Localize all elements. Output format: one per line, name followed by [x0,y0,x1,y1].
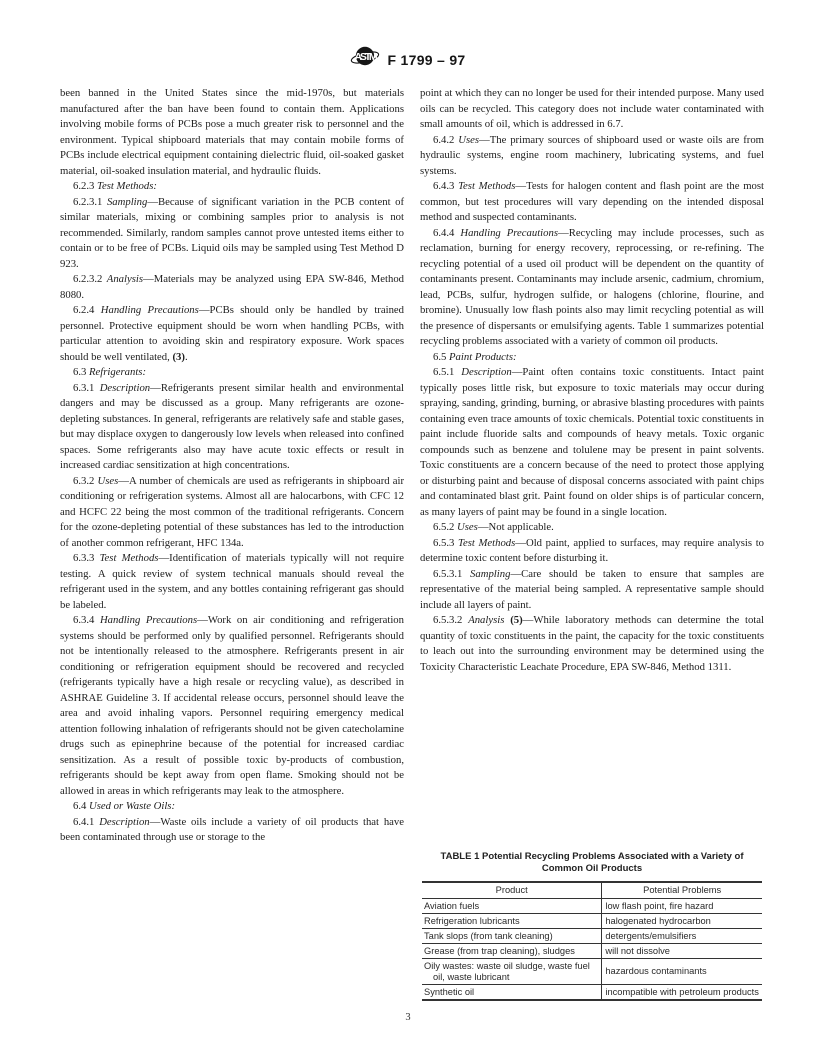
text-segment: 6.5.3.2 [433,614,468,626]
text-segment: 6.5.2 [433,521,457,533]
text-segment: Test Methods: [97,180,157,192]
paragraph: 6.5.3 Test Methods—Old paint, applied to… [420,536,764,567]
oil-table-header-row: ProductPotential Problems [422,882,762,899]
product-cell: Grease (from trap cleaning), sludges [422,944,602,959]
text-segment: Description [100,382,150,394]
paragraph: 6.5 Paint Products: [420,350,764,366]
text-segment: (3) [173,351,185,363]
problem-cell: will not dissolve [602,944,762,959]
paragraph: 6.5.3.1 Sampling—Care should be taken to… [420,567,764,614]
text-segment: Used or Waste Oils: [89,800,175,812]
text-segment: point at which they can no longer be use… [420,87,764,130]
text-segment: (5) [510,614,522,626]
product-cell: Oily wastes: waste oil sludge, waste fue… [422,959,602,985]
text-segment: been banned in the United States since t… [60,87,404,177]
text-segment: —Refrigerants present similar health and… [60,382,404,472]
text-segment: 6.2.4 [73,304,101,316]
text-segment: 6.3.3 [73,552,100,564]
problem-cell: hazardous contaminants [602,959,762,985]
left-column: been banned in the United States since t… [60,86,404,846]
oil-table-body: Aviation fuelslow flash point, fire haza… [422,899,762,1001]
paragraph: 6.2.3.2 Analysis—Materials may be analyz… [60,272,404,303]
oil-table-head: ProductPotential Problems [422,882,762,899]
problem-cell: incompatible with petroleum products [602,985,762,1001]
text-segment: Refrigerants: [89,366,146,378]
table-1: TABLE 1 Potential Recycling Problems Ass… [419,851,765,1001]
product-cell: Tank slops (from tank cleaning) [422,929,602,944]
text-segment: Sampling [107,196,147,208]
page-header: ASTM F 1799 – 97 [0,44,816,75]
text-segment: Analysis [107,273,143,285]
document-page: ASTM F 1799 – 97 been banned in the Unit… [0,0,816,1056]
text-segment: 6.4.2 [433,134,458,146]
paragraph: 6.5.2 Uses—Not applicable. [420,520,764,536]
text-segment: 6.3.4 [73,614,100,626]
paragraph: 6.4.3 Test Methods—Tests for halogen con… [420,179,764,226]
table-row: Oily wastes: waste oil sludge, waste fue… [422,959,762,985]
table-row: Refrigeration lubricantshalogenated hydr… [422,914,762,929]
text-segment: Uses [98,475,119,487]
text-segment: 6.4.1 [73,816,99,828]
paragraph: 6.4.4 Handling Precautions—Recycling may… [420,226,764,350]
text-segment: —Work on air conditioning and refrigerat… [60,614,404,797]
page-number: 3 [405,1012,410,1023]
text-segment: Handling Precautions [100,614,197,626]
paragraph: been banned in the United States since t… [60,86,404,179]
text-segment: Test Methods [458,537,515,549]
table-row: Aviation fuelslow flash point, fire haza… [422,899,762,914]
right-column: point at which they can no longer be use… [420,86,764,846]
text-segment: . [185,351,188,363]
text-segment: Handling Precautions [460,227,558,239]
product-cell: Refrigeration lubricants [422,914,602,929]
astm-logo-icon: ASTM [350,44,380,75]
paragraph: 6.3.1 Description—Refrigerants present s… [60,381,404,474]
paragraph: 6.4.2 Uses—The primary sources of shipbo… [420,133,764,180]
paragraph: 6.2.4 Handling Precautions—PCBs should o… [60,303,404,365]
table-1-title: TABLE 1 Potential Recycling Problems Ass… [433,851,751,875]
text-segment: 6.3.1 [73,382,100,394]
table-row: Tank slops (from tank cleaning)detergent… [422,929,762,944]
two-column-body: been banned in the United States since t… [60,86,765,846]
text-segment: 6.3.2 [73,475,98,487]
oil-products-table: ProductPotential Problems Aviation fuels… [422,881,762,1001]
text-segment: Sampling [470,568,510,580]
text-segment: Description [461,366,511,378]
text-segment: Analysis [468,614,510,626]
problem-cell: low flash point, fire hazard [602,899,762,914]
paragraph: 6.3.4 Handling Precautions—Work on air c… [60,613,404,799]
column-header: Potential Problems [602,882,762,899]
text-segment: 6.2.3 [73,180,97,192]
text-segment: 6.4.3 [433,180,458,192]
paragraph: 6.2.3 Test Methods: [60,179,404,195]
table-row: Grease (from trap cleaning), sludgeswill… [422,944,762,959]
text-segment: 6.5.3.1 [433,568,470,580]
problem-cell: halogenated hydrocarbon [602,914,762,929]
text-segment: 6.5.1 [433,366,461,378]
svg-text:ASTM: ASTM [355,51,378,63]
paragraph: 6.5.3.2 Analysis (5)—While laboratory me… [420,613,764,675]
text-segment: 6.2.3.1 [73,196,107,208]
paragraph: 6.3 Refrigerants: [60,365,404,381]
text-segment: —Recycling may include processes, such a… [420,227,764,348]
paragraph: 6.4.1 Description—Waste oils include a v… [60,815,404,846]
table-row: Synthetic oilincompatible with petroleum… [422,985,762,1001]
page-footer: 3 [0,1012,816,1023]
paragraph: 6.4 Used or Waste Oils: [60,799,404,815]
text-segment: Paint Products: [449,351,517,363]
text-segment: Uses [457,521,478,533]
paragraph: 6.3.2 Uses—A number of chemicals are use… [60,474,404,552]
text-segment: Test Methods [458,180,515,192]
problem-cell: detergents/emulsifiers [602,929,762,944]
text-segment: Handling Precautions [101,304,199,316]
text-segment: —Paint often contains toxic constituents… [420,366,764,518]
text-segment: —Not applicable. [478,521,554,533]
product-cell: Aviation fuels [422,899,602,914]
text-segment: Test Methods [100,552,159,564]
text-segment: Uses [458,134,479,146]
text-segment: 6.2.3.2 [73,273,107,285]
text-segment: 6.4.4 [433,227,460,239]
text-segment: 6.5.3 [433,537,458,549]
text-segment: Description [99,816,149,828]
text-segment: 6.4 [73,800,89,812]
paragraph: 6.3.3 Test Methods—Identification of mat… [60,551,404,613]
column-header: Product [422,882,602,899]
product-cell: Synthetic oil [422,985,602,1001]
text-segment: 6.5 [433,351,449,363]
paragraph: point at which they can no longer be use… [420,86,764,133]
text-segment: 6.3 [73,366,89,378]
document-code: F 1799 – 97 [387,52,465,68]
paragraph: 6.2.3.1 Sampling—Because of significant … [60,195,404,273]
paragraph: 6.5.1 Description—Paint often contains t… [420,365,764,520]
